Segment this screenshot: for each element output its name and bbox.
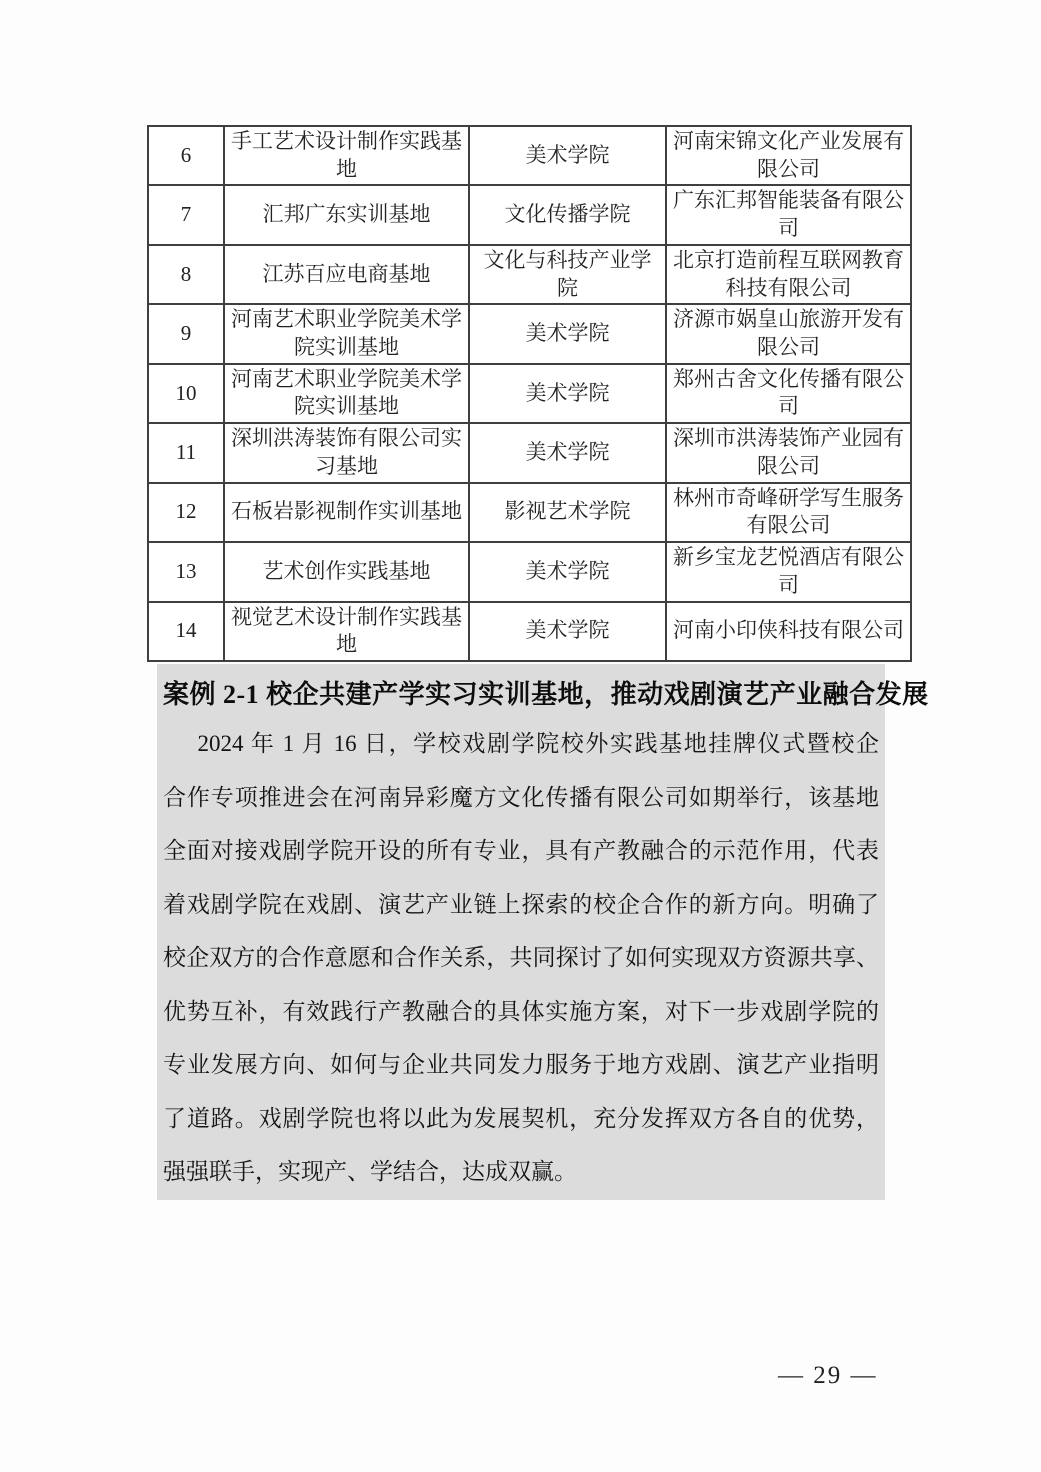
- cell-company-name: 新乡宝龙艺悦酒店有限公司: [666, 542, 911, 601]
- cell-college-name: 美术学院: [469, 423, 666, 482]
- cell-row-number: 11: [148, 423, 224, 482]
- cell-row-number: 9: [148, 304, 224, 363]
- case-study-paragraph: 2024 年 1 月 16 日，学校戏剧学院校外实践基地挂牌仪式暨校企合作专项推…: [157, 715, 885, 1199]
- cell-base-name: 视觉艺术设计制作实践基地: [224, 602, 469, 661]
- paragraph-line: 合作专项推进会在河南异彩魔方文化传播有限公司如期举行，该基地: [163, 771, 879, 825]
- cell-base-name: 艺术创作实践基地: [224, 542, 469, 601]
- case-study-panel: 案例 2-1 校企共建产学实习实训基地，推动戏剧演艺产业融合发展 2024 年 …: [157, 664, 885, 1200]
- cell-row-number: 6: [148, 126, 224, 185]
- cell-college-name: 文化与科技产业学院: [469, 245, 666, 304]
- cell-base-name: 河南艺术职业学院美术学院实训基地: [224, 364, 469, 423]
- cell-college-name: 文化传播学院: [469, 185, 666, 244]
- cell-company-name: 郑州古舍文化传播有限公司: [666, 364, 911, 423]
- practice-base-table: 6 手工艺术设计制作实践基地 美术学院 河南宋锦文化产业发展有限公司 7 汇邦广…: [147, 125, 912, 662]
- table-row: 7 汇邦广东实训基地 文化传播学院 广东汇邦智能装备有限公司: [148, 185, 911, 244]
- paragraph-line: 专业发展方向、如何与企业共同发力服务于地方戏剧、演艺产业指明: [163, 1038, 879, 1092]
- paragraph-line: 优势互补，有效践行产教融合的具体实施方案，对下一步戏剧学院的: [163, 985, 879, 1039]
- paragraph-line: 校企双方的合作意愿和合作关系，共同探讨了如何实现双方资源共享、: [163, 931, 879, 985]
- page-number: — 29 —: [778, 1362, 878, 1390]
- paragraph-line: 了道路。戏剧学院也将以此为发展契机，充分发挥双方各自的优势，: [163, 1092, 879, 1146]
- cell-company-name: 林州市奇峰研学写生服务有限公司: [666, 483, 911, 542]
- case-study-heading: 案例 2-1 校企共建产学实习实训基地，推动戏剧演艺产业融合发展: [157, 664, 885, 715]
- paragraph-line: 全面对接戏剧学院开设的所有专业，具有产教融合的示范作用，代表: [163, 824, 879, 878]
- cell-row-number: 10: [148, 364, 224, 423]
- cell-company-name: 河南小印侠科技有限公司: [666, 602, 911, 661]
- cell-row-number: 12: [148, 483, 224, 542]
- cell-base-name: 深圳洪涛装饰有限公司实习基地: [224, 423, 469, 482]
- cell-company-name: 深圳市洪涛装饰产业园有限公司: [666, 423, 911, 482]
- cell-college-name: 美术学院: [469, 602, 666, 661]
- paragraph-line: 着戏剧学院在戏剧、演艺产业链上探索的校企合作的新方向。明确了: [163, 878, 879, 932]
- table-row: 10 河南艺术职业学院美术学院实训基地 美术学院 郑州古舍文化传播有限公司: [148, 364, 911, 423]
- cell-row-number: 14: [148, 602, 224, 661]
- cell-base-name: 江苏百应电商基地: [224, 245, 469, 304]
- paragraph-line: 强强联手，实现产、学结合，达成双赢。: [163, 1145, 879, 1199]
- cell-college-name: 美术学院: [469, 304, 666, 363]
- practice-base-table-body: 6 手工艺术设计制作实践基地 美术学院 河南宋锦文化产业发展有限公司 7 汇邦广…: [148, 126, 911, 661]
- cell-college-name: 美术学院: [469, 542, 666, 601]
- cell-company-name: 河南宋锦文化产业发展有限公司: [666, 126, 911, 185]
- cell-college-name: 影视艺术学院: [469, 483, 666, 542]
- table-row: 6 手工艺术设计制作实践基地 美术学院 河南宋锦文化产业发展有限公司: [148, 126, 911, 185]
- cell-company-name: 济源市娲皇山旅游开发有限公司: [666, 304, 911, 363]
- table-row: 14 视觉艺术设计制作实践基地 美术学院 河南小印侠科技有限公司: [148, 602, 911, 661]
- cell-company-name: 北京打造前程互联网教育科技有限公司: [666, 245, 911, 304]
- cell-college-name: 美术学院: [469, 126, 666, 185]
- cell-row-number: 13: [148, 542, 224, 601]
- cell-base-name: 河南艺术职业学院美术学院实训基地: [224, 304, 469, 363]
- paragraph-line: 2024 年 1 月 16 日，学校戏剧学院校外实践基地挂牌仪式暨校企: [163, 717, 879, 771]
- cell-row-number: 7: [148, 185, 224, 244]
- table-row: 11 深圳洪涛装饰有限公司实习基地 美术学院 深圳市洪涛装饰产业园有限公司: [148, 423, 911, 482]
- document-page: 6 手工艺术设计制作实践基地 美术学院 河南宋锦文化产业发展有限公司 7 汇邦广…: [0, 0, 1041, 1472]
- cell-college-name: 美术学院: [469, 364, 666, 423]
- cell-base-name: 石板岩影视制作实训基地: [224, 483, 469, 542]
- cell-base-name: 汇邦广东实训基地: [224, 185, 469, 244]
- cell-base-name: 手工艺术设计制作实践基地: [224, 126, 469, 185]
- table-row: 8 江苏百应电商基地 文化与科技产业学院 北京打造前程互联网教育科技有限公司: [148, 245, 911, 304]
- cell-row-number: 8: [148, 245, 224, 304]
- table-row: 13 艺术创作实践基地 美术学院 新乡宝龙艺悦酒店有限公司: [148, 542, 911, 601]
- cell-company-name: 广东汇邦智能装备有限公司: [666, 185, 911, 244]
- table-row: 12 石板岩影视制作实训基地 影视艺术学院 林州市奇峰研学写生服务有限公司: [148, 483, 911, 542]
- table-row: 9 河南艺术职业学院美术学院实训基地 美术学院 济源市娲皇山旅游开发有限公司: [148, 304, 911, 363]
